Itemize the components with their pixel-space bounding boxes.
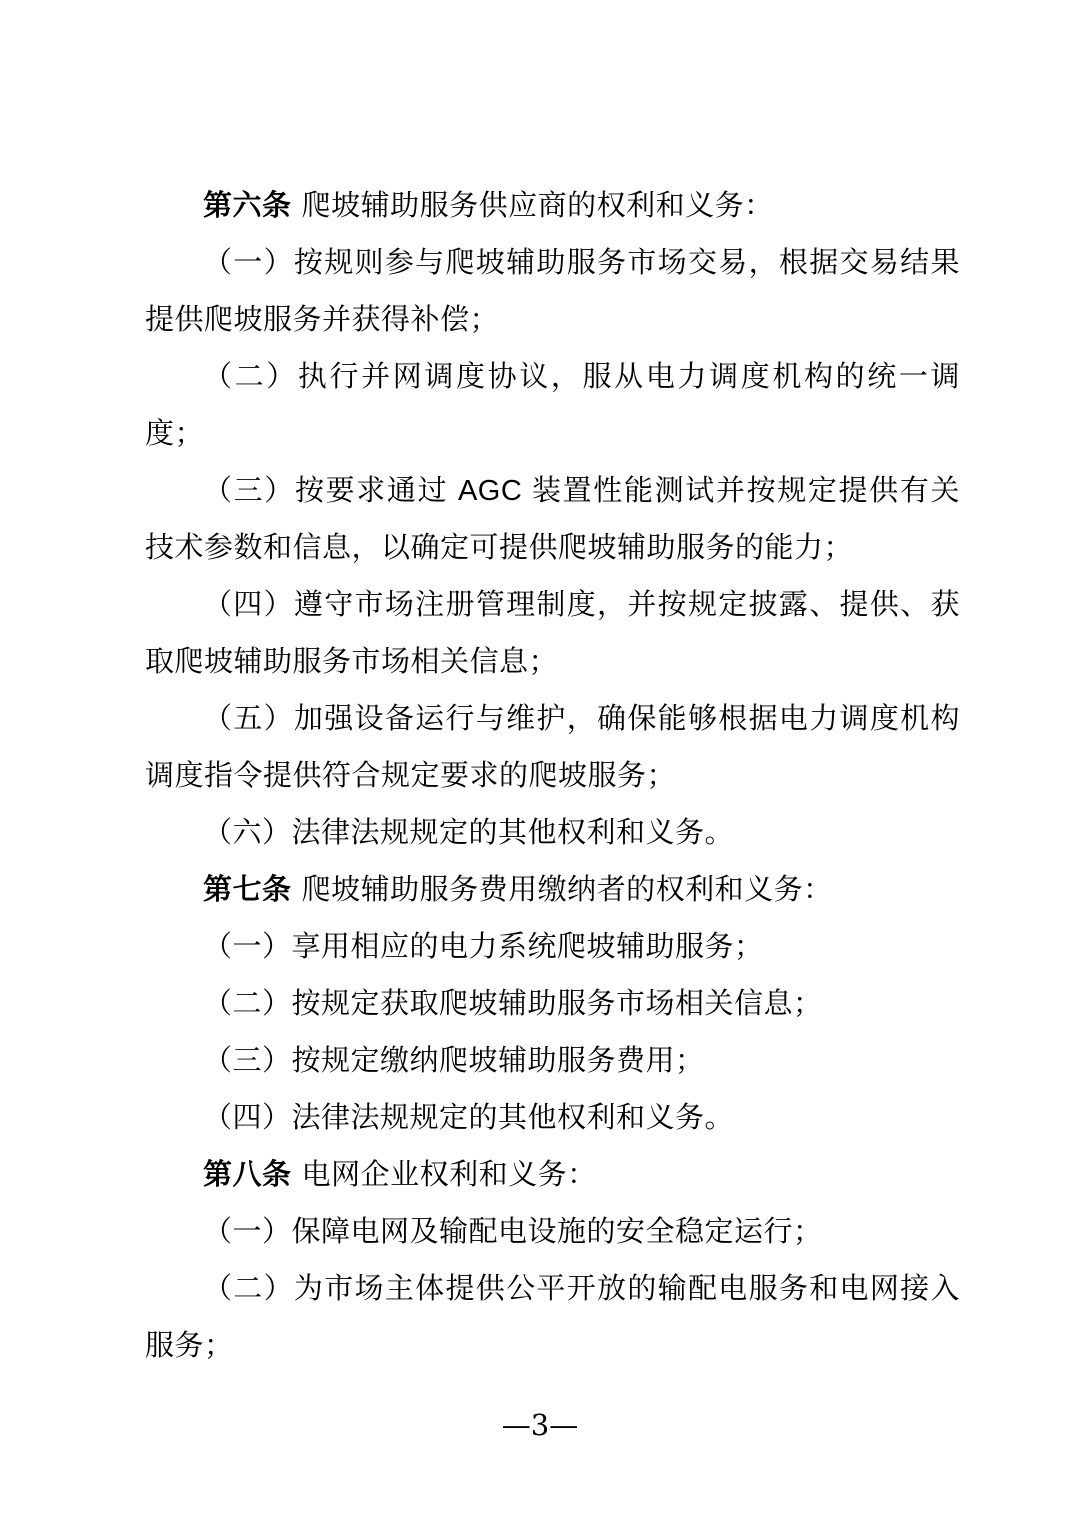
article-7-heading: 第七条爬坡辅助服务费用缴纳者的权利和义务： <box>145 862 960 919</box>
item-text: （一）按规则参与爬坡辅助服务市场交易，根据交易结果提供爬坡服务并获得补偿； <box>145 247 960 336</box>
article-6-item-2: （二）执行并网调度协议，服从电力调度机构的统一调度； <box>145 349 960 463</box>
item-text: （六）法律法规规定的其他权利和义务。 <box>203 817 734 849</box>
item-text: （三）按要求通过 AGC 装置性能测试并按规定提供有关技术参数和信息，以确定可提… <box>145 475 960 564</box>
item-text: （二）按规定获取爬坡辅助服务市场相关信息； <box>203 988 823 1020</box>
article-8-item-1: （一）保障电网及输配电设施的安全稳定运行； <box>145 1204 960 1261</box>
item-text: （四）法律法规规定的其他权利和义务。 <box>203 1102 734 1134</box>
article-7-item-2: （二）按规定获取爬坡辅助服务市场相关信息； <box>145 976 960 1033</box>
item-text: （四）遵守市场注册管理制度，并按规定披露、提供、获取爬坡辅助服务市场相关信息； <box>145 589 960 678</box>
article-6-title: 爬坡辅助服务供应商的权利和义务： <box>302 190 774 222</box>
article-7-item-4: （四）法律法规规定的其他权利和义务。 <box>145 1090 960 1147</box>
item-text: （二）为市场主体提供公平开放的输配电服务和电网接入服务； <box>145 1273 960 1362</box>
article-8-number: 第八条 <box>203 1159 292 1191</box>
article-6-item-3: （三）按要求通过 AGC 装置性能测试并按规定提供有关技术参数和信息，以确定可提… <box>145 463 960 577</box>
article-8-item-2: （二）为市场主体提供公平开放的输配电服务和电网接入服务； <box>145 1261 960 1375</box>
article-6-item-6: （六）法律法规规定的其他权利和义务。 <box>145 805 960 862</box>
article-6-item-1: （一）按规则参与爬坡辅助服务市场交易，根据交易结果提供爬坡服务并获得补偿； <box>145 235 960 349</box>
item-text: （三）按规定缴纳爬坡辅助服务费用； <box>203 1045 705 1077</box>
document-page: 第六条爬坡辅助服务供应商的权利和义务： （一）按规则参与爬坡辅助服务市场交易，根… <box>0 0 1080 1527</box>
document-body: 第六条爬坡辅助服务供应商的权利和义务： （一）按规则参与爬坡辅助服务市场交易，根… <box>145 178 960 1375</box>
article-6-item-4: （四）遵守市场注册管理制度，并按规定披露、提供、获取爬坡辅助服务市场相关信息； <box>145 577 960 691</box>
article-7-title: 爬坡辅助服务费用缴纳者的权利和义务： <box>302 874 833 906</box>
article-7-item-1: （一）享用相应的电力系统爬坡辅助服务； <box>145 919 960 976</box>
item-text: （一）保障电网及输配电设施的安全稳定运行； <box>203 1216 823 1248</box>
article-7-number: 第七条 <box>203 874 292 906</box>
item-text: （一）享用相应的电力系统爬坡辅助服务； <box>203 931 764 963</box>
article-6-heading: 第六条爬坡辅助服务供应商的权利和义务： <box>145 178 960 235</box>
article-7-item-3: （三）按规定缴纳爬坡辅助服务费用； <box>145 1033 960 1090</box>
page-number: —3— <box>0 1408 1080 1442</box>
item-text: （五）加强设备运行与维护，确保能够根据电力调度机构调度指令提供符合规定要求的爬坡… <box>145 703 960 792</box>
article-6-number: 第六条 <box>203 190 292 222</box>
article-8-title: 电网企业权利和义务： <box>302 1159 597 1191</box>
article-8-heading: 第八条电网企业权利和义务： <box>145 1147 960 1204</box>
article-6-item-5: （五）加强设备运行与维护，确保能够根据电力调度机构调度指令提供符合规定要求的爬坡… <box>145 691 960 805</box>
item-text: （二）执行并网调度协议，服从电力调度机构的统一调度； <box>145 361 960 450</box>
